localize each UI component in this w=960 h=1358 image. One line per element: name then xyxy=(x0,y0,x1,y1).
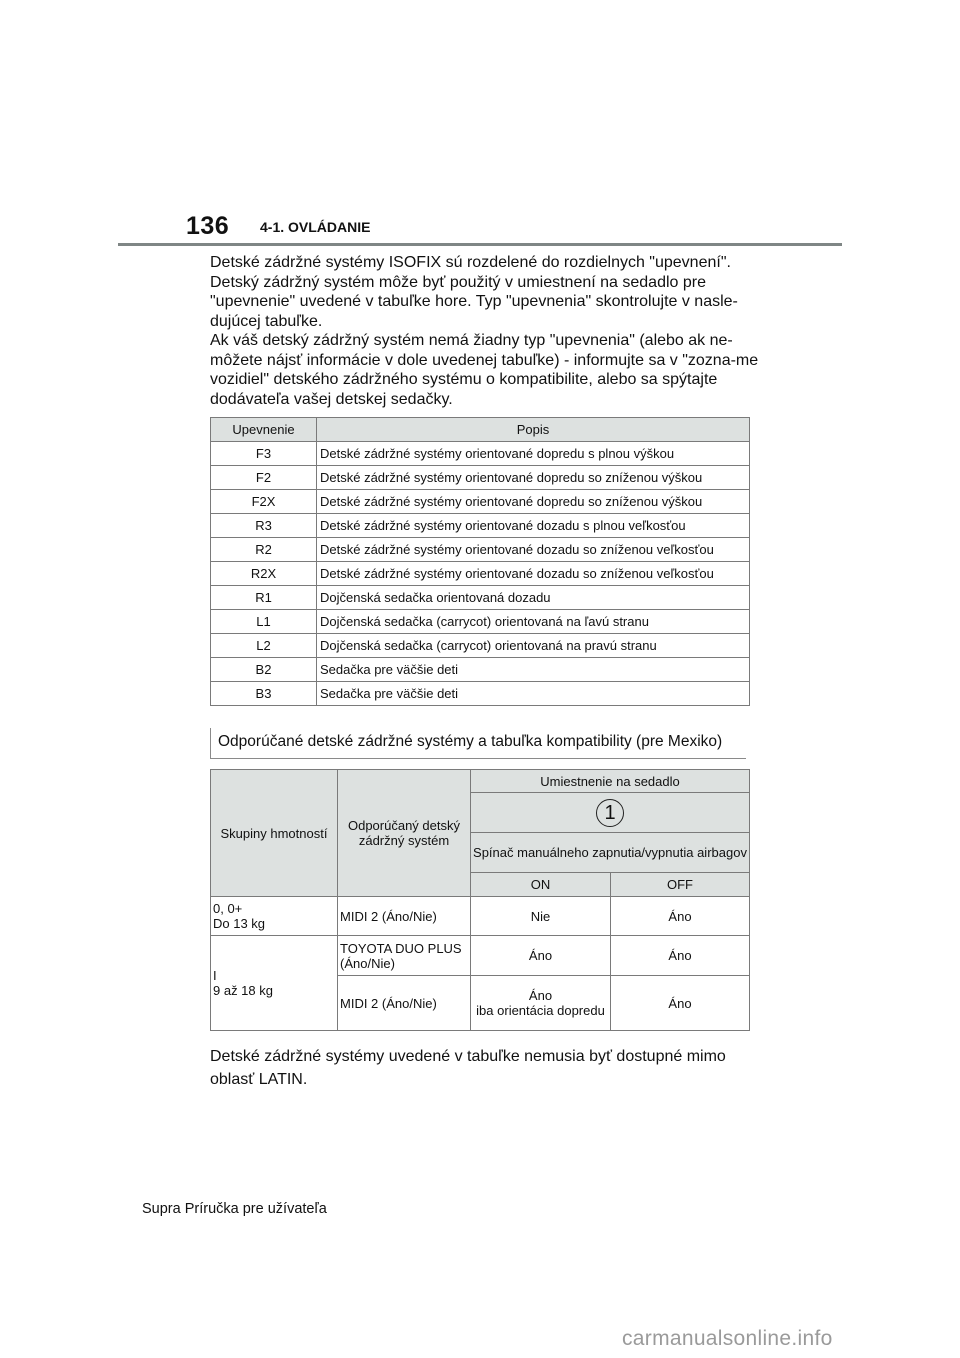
intro-text: Detské zádržné systémy ISOFIX sú rozdele… xyxy=(210,253,770,409)
cell-fixture-code: R3 xyxy=(211,514,317,538)
header-fixture: Upevnenie xyxy=(211,418,317,442)
cell-description: Detské zádržné systémy orientované dozad… xyxy=(317,562,750,586)
cell-description: Detské zádržné systémy orientované dozad… xyxy=(317,514,750,538)
cell-fixture-code: F2 xyxy=(211,466,317,490)
header-description: Popis xyxy=(317,418,750,442)
header-weight-groups: Skupiny hmotností xyxy=(211,770,338,897)
table-row: F3Detské zádržné systémy orientované dop… xyxy=(211,442,750,466)
table-row: F2XDetské zádržné systémy orientované do… xyxy=(211,490,750,514)
cell-description: Sedačka pre väčšie deti xyxy=(317,658,750,682)
cell-system: MIDI 2 (Áno/Nie) xyxy=(338,976,471,1031)
cell-off: Áno xyxy=(611,936,750,976)
cell-weight-group: 0, 0+ Do 13 kg xyxy=(211,897,338,936)
header-seat-position: Umiestnenie na sedadlo xyxy=(471,770,750,793)
cell-description: Sedačka pre väčšie deti xyxy=(317,682,750,706)
table-row: R2XDetské zádržné systémy orientované do… xyxy=(211,562,750,586)
cell-off: Áno xyxy=(611,897,750,936)
header-airbag-switch: Spínač manuálneho zapnutia/vypnutia airb… xyxy=(471,833,750,873)
cell-description: Dojčenská sedačka (carrycot) orientovaná… xyxy=(317,610,750,634)
cell-fixture-code: B2 xyxy=(211,658,317,682)
header-off: OFF xyxy=(611,873,750,897)
compat-table-caption: Odporúčané detské zádržné systémy a tabu… xyxy=(210,728,746,759)
cell-system: MIDI 2 (Áno/Nie) xyxy=(338,897,471,936)
cell-description: Detské zádržné systémy orientované dozad… xyxy=(317,538,750,562)
table-header-row: Upevnenie Popis xyxy=(211,418,750,442)
cell-weight-group: I 9 až 18 kg xyxy=(211,936,338,1031)
cell-fixture-code: L2 xyxy=(211,634,317,658)
table-row: R2Detské zádržné systémy orientované doz… xyxy=(211,538,750,562)
cell-description: Detské zádržné systémy orientované dopre… xyxy=(317,466,750,490)
cell-description: Detské zádržné systémy orientované dopre… xyxy=(317,490,750,514)
cell-off: Áno xyxy=(611,976,750,1031)
cell-fixture-code: R2 xyxy=(211,538,317,562)
section-title: 4-1. OVLÁDANIE xyxy=(260,219,370,235)
page-number: 136 xyxy=(186,212,229,241)
cell-on: Áno iba orientácia dopredu xyxy=(471,976,611,1031)
cell-description: Dojčenská sedačka orientovaná dozadu xyxy=(317,586,750,610)
table-row: B3Sedačka pre väčšie deti xyxy=(211,682,750,706)
table-row: 0, 0+ Do 13 kg MIDI 2 (Áno/Nie) Nie Áno xyxy=(211,897,750,936)
table-row: I 9 až 18 kg TOYOTA DUO PLUS (Áno/Nie) Á… xyxy=(211,936,750,976)
table-row: R3Detské zádržné systémy orientované doz… xyxy=(211,514,750,538)
table-header-row: Skupiny hmotností Odporúčaný detský zádr… xyxy=(211,770,750,793)
seat-number-circle-icon: 1 xyxy=(596,799,624,827)
cell-on: Nie xyxy=(471,897,611,936)
availability-note: Detské zádržné systémy uvedené v tabuľke… xyxy=(210,1045,770,1091)
intro-paragraph: Ak váš detský zádržný systém nemá žiadny… xyxy=(210,331,770,409)
intro-paragraph: Detské zádržné systémy ISOFIX sú rozdele… xyxy=(210,253,770,331)
cell-fixture-code: F3 xyxy=(211,442,317,466)
fixture-table: Upevnenie Popis F3Detské zádržné systémy… xyxy=(210,417,750,706)
cell-description: Detské zádržné systémy orientované dopre… xyxy=(317,442,750,466)
cell-description: Dojčenská sedačka (carrycot) orientovaná… xyxy=(317,634,750,658)
cell-system: TOYOTA DUO PLUS (Áno/Nie) xyxy=(338,936,471,976)
compat-table: Skupiny hmotností Odporúčaný detský zádr… xyxy=(210,769,750,1031)
cell-on: Áno xyxy=(471,936,611,976)
cell-fixture-code: L1 xyxy=(211,610,317,634)
footer-manual-title: Supra Príručka pre užívateľa xyxy=(142,1201,327,1217)
table-row: R1Dojčenská sedačka orientovaná dozadu xyxy=(211,586,750,610)
header-divider xyxy=(118,243,842,246)
table-row: L2Dojčenská sedačka (carrycot) orientova… xyxy=(211,634,750,658)
cell-fixture-code: R1 xyxy=(211,586,317,610)
table-row: B2Sedačka pre väčšie deti xyxy=(211,658,750,682)
caption-text: Odporúčané detské zádržné systémy a tabu… xyxy=(218,733,722,751)
header-recommended-system: Odporúčaný detský zádržný systém xyxy=(338,770,471,897)
header-seat-number: 1 xyxy=(471,793,750,833)
table-row: L1Dojčenská sedačka (carrycot) orientova… xyxy=(211,610,750,634)
cell-fixture-code: F2X xyxy=(211,490,317,514)
watermark: carmanualsonline.info xyxy=(622,1327,833,1351)
table-row: F2Detské zádržné systémy orientované dop… xyxy=(211,466,750,490)
cell-fixture-code: B3 xyxy=(211,682,317,706)
cell-fixture-code: R2X xyxy=(211,562,317,586)
header-on: ON xyxy=(471,873,611,897)
